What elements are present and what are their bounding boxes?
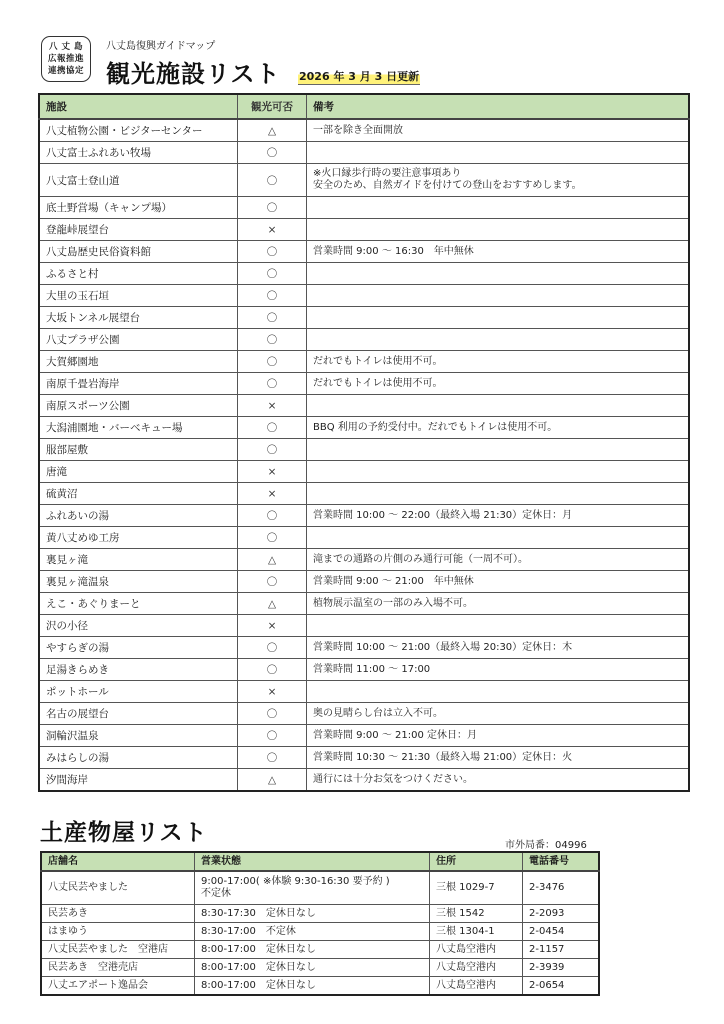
- facility-notes: [307, 219, 690, 241]
- table-header-row: 施設 観光可否 備考: [39, 94, 689, 119]
- table-row: えこ・あぐりまーと△植物展示温室の一部のみ入場不可。: [39, 593, 689, 615]
- updated-date: 2026 年 3 月 3 日更新: [298, 68, 420, 85]
- souvenir-section-title: 土産物屋リスト: [40, 814, 208, 847]
- table-row: 南原スポーツ公園×: [39, 395, 689, 417]
- access-status: 〇: [238, 417, 307, 439]
- facilities-table-body: 八丈植物公園・ビジターセンター△一部を除き全面開放八丈富士ふれあい牧場〇八丈富士…: [39, 119, 689, 791]
- shop-address: 三根 1029-7: [430, 871, 523, 905]
- shop-phone: 2-2093: [523, 905, 600, 923]
- facility-notes: [307, 263, 690, 285]
- shop-address: 八丈島空港内: [430, 977, 523, 996]
- access-status: ×: [238, 483, 307, 505]
- facility-name: 服部屋敷: [39, 439, 238, 461]
- table-row: 大里の玉石垣〇: [39, 285, 689, 307]
- shop-phone: 2-3939: [523, 959, 600, 977]
- access-status: 〇: [238, 439, 307, 461]
- facility-name: ふれあいの湯: [39, 505, 238, 527]
- facility-name: 唐滝: [39, 461, 238, 483]
- facility-notes: [307, 527, 690, 549]
- facility-name: 裏見ヶ滝: [39, 549, 238, 571]
- facility-notes: 営業時間 10:30 ～ 21:30（最終入場 21:00）定休日：火: [307, 747, 690, 769]
- access-status: △: [238, 549, 307, 571]
- facility-notes: 営業時間 9:00 ～ 21:00 定休日：月: [307, 725, 690, 747]
- access-status: 〇: [238, 747, 307, 769]
- table-row: 民芸あき8:30-17:30 定休日なし三根 15422-2093: [41, 905, 599, 923]
- shop-hours: 9:00-17:00( ※体験 9:30-16:30 要予約 )不定休: [195, 871, 430, 905]
- publicity-badge: 八 丈 島 広報推進 連携協定: [41, 36, 91, 82]
- facility-notes: [307, 439, 690, 461]
- facility-notes: 通行には十分お気をつけください。: [307, 769, 690, 792]
- access-status: 〇: [238, 703, 307, 725]
- table-row: 汐間海岸△通行には十分お気をつけください。: [39, 769, 689, 792]
- table-row: 八丈植物公園・ビジターセンター△一部を除き全面開放: [39, 119, 689, 142]
- facility-notes: 営業時間 11:00 ～ 17:00: [307, 659, 690, 681]
- facility-notes: 営業時間 9:00 ～ 21:00 年中無休: [307, 571, 690, 593]
- shop-name: 民芸あき 空港売店: [41, 959, 195, 977]
- access-status: 〇: [238, 571, 307, 593]
- table-row: 大賀郷園地〇だれでもトイレは使用不可。: [39, 351, 689, 373]
- shop-address: 八丈島空港内: [430, 941, 523, 959]
- facility-name: 足湯きらめき: [39, 659, 238, 681]
- table-row: 洞輪沢温泉〇営業時間 9:00 ～ 21:00 定休日：月: [39, 725, 689, 747]
- table-row: 八丈エアポート逸品会8:00-17:00 定休日なし八丈島空港内2-0654: [41, 977, 599, 996]
- table-row: 名古の展望台〇奥の見晴らし台は立入不可。: [39, 703, 689, 725]
- shop-name: 八丈民芸やました: [41, 871, 195, 905]
- facility-name: 大賀郷園地: [39, 351, 238, 373]
- facility-notes: 奥の見晴らし台は立入不可。: [307, 703, 690, 725]
- table-row: 裏見ヶ滝温泉〇営業時間 9:00 ～ 21:00 年中無休: [39, 571, 689, 593]
- access-status: 〇: [238, 637, 307, 659]
- table-row: 唐滝×: [39, 461, 689, 483]
- facility-name: 八丈富士ふれあい牧場: [39, 142, 238, 164]
- facility-notes: 営業時間 10:00 ～ 22:00（最終入場 21:30）定休日：月: [307, 505, 690, 527]
- facility-name: 名古の展望台: [39, 703, 238, 725]
- facility-name: 大坂トンネル展望台: [39, 307, 238, 329]
- access-status: 〇: [238, 659, 307, 681]
- column-header-phone: 電話番号: [523, 852, 600, 871]
- access-status: 〇: [238, 373, 307, 395]
- access-status: 〇: [238, 263, 307, 285]
- shop-name: 民芸あき: [41, 905, 195, 923]
- facility-name: ふるさと村: [39, 263, 238, 285]
- access-status: 〇: [238, 527, 307, 549]
- facility-notes: [307, 615, 690, 637]
- badge-line: 広報推進: [48, 53, 84, 65]
- facility-notes: ※火口縁歩行時の要注意事項あり安全のため、自然ガイドを付けての登山をおすすめしま…: [307, 164, 690, 197]
- facility-name: 大里の玉石垣: [39, 285, 238, 307]
- facility-name: 黄八丈めゆ工房: [39, 527, 238, 549]
- souvenir-table-body: 八丈民芸やました9:00-17:00( ※体験 9:30-16:30 要予約 )…: [41, 871, 599, 995]
- table-row: 硫黄沼×: [39, 483, 689, 505]
- column-header-address: 住所: [430, 852, 523, 871]
- shop-phone: 2-1157: [523, 941, 600, 959]
- access-status: ×: [238, 615, 307, 637]
- facility-notes: 植物展示温室の一部のみ入場不可。: [307, 593, 690, 615]
- table-row: 八丈富士登山道〇※火口縁歩行時の要注意事項あり安全のため、自然ガイドを付けての登…: [39, 164, 689, 197]
- access-status: 〇: [238, 505, 307, 527]
- table-row: 八丈民芸やました 空港店8:00-17:00 定休日なし八丈島空港内2-1157: [41, 941, 599, 959]
- area-code: 市外局番：04996: [505, 836, 587, 851]
- facility-name: 八丈プラザ公園: [39, 329, 238, 351]
- access-status: △: [238, 593, 307, 615]
- facility-notes: [307, 461, 690, 483]
- badge-line: 連携協定: [48, 65, 84, 77]
- table-row: ポットホール×: [39, 681, 689, 703]
- access-status: 〇: [238, 142, 307, 164]
- facility-name: 八丈島歴史民俗資料館: [39, 241, 238, 263]
- access-status: 〇: [238, 241, 307, 263]
- facility-name: 底土野営場（キャンプ場）: [39, 197, 238, 219]
- facility-notes: 一部を除き全面開放: [307, 119, 690, 142]
- shop-name: はまゆう: [41, 923, 195, 941]
- table-row: 八丈島歴史民俗資料館〇営業時間 9:00 ～ 16:30 年中無休: [39, 241, 689, 263]
- document-subtitle: 八丈島復興ガイドマップ: [106, 37, 215, 52]
- facility-notes: だれでもトイレは使用不可。: [307, 351, 690, 373]
- access-status: ×: [238, 461, 307, 483]
- access-status: △: [238, 769, 307, 792]
- shop-name: 八丈エアポート逸品会: [41, 977, 195, 996]
- shop-hours: 8:00-17:00 定休日なし: [195, 959, 430, 977]
- table-row: ふれあいの湯〇営業時間 10:00 ～ 22:00（最終入場 21:30）定休日…: [39, 505, 689, 527]
- column-header-status: 観光可否: [238, 94, 307, 119]
- column-header-hours: 営業状態: [195, 852, 430, 871]
- table-row: やすらぎの湯〇営業時間 10:00 ～ 21:00（最終入場 20:30）定休日…: [39, 637, 689, 659]
- shop-hours: 8:30-17:00 不定休: [195, 923, 430, 941]
- access-status: ×: [238, 219, 307, 241]
- facility-notes: 営業時間 9:00 ～ 16:30 年中無休: [307, 241, 690, 263]
- facility-notes: [307, 395, 690, 417]
- shop-phone: 2-0654: [523, 977, 600, 996]
- table-row: 民芸あき 空港売店8:00-17:00 定休日なし八丈島空港内2-3939: [41, 959, 599, 977]
- table-row: みはらしの湯〇営業時間 10:30 ～ 21:30（最終入場 21:00）定休日…: [39, 747, 689, 769]
- facility-notes: [307, 142, 690, 164]
- access-status: 〇: [238, 329, 307, 351]
- table-row: 八丈プラザ公園〇: [39, 329, 689, 351]
- facility-notes: [307, 197, 690, 219]
- shop-hours: 8:30-17:30 定休日なし: [195, 905, 430, 923]
- access-status: △: [238, 119, 307, 142]
- facility-name: 大潟浦園地・バーベキュー場: [39, 417, 238, 439]
- table-row: 大潟浦園地・バーベキュー場〇BBQ 利用の予約受付中。だれでもトイレは使用不可。: [39, 417, 689, 439]
- table-row: 沢の小径×: [39, 615, 689, 637]
- facility-name: 南原千畳岩海岸: [39, 373, 238, 395]
- column-header-notes: 備考: [307, 94, 690, 119]
- shop-address: 三根 1304-1: [430, 923, 523, 941]
- facility-name: 八丈富士登山道: [39, 164, 238, 197]
- facility-notes: [307, 307, 690, 329]
- access-status: 〇: [238, 725, 307, 747]
- facility-name: みはらしの湯: [39, 747, 238, 769]
- table-row: 八丈富士ふれあい牧場〇: [39, 142, 689, 164]
- access-status: 〇: [238, 307, 307, 329]
- table-row: ふるさと村〇: [39, 263, 689, 285]
- table-header-row: 店舗名 営業状態 住所 電話番号: [41, 852, 599, 871]
- facility-notes: だれでもトイレは使用不可。: [307, 373, 690, 395]
- facility-name: 汐間海岸: [39, 769, 238, 792]
- facility-name: ポットホール: [39, 681, 238, 703]
- badge-line: 八 丈 島: [49, 41, 83, 53]
- facility-name: やすらぎの湯: [39, 637, 238, 659]
- shop-address: 八丈島空港内: [430, 959, 523, 977]
- facility-name: 登龍峠展望台: [39, 219, 238, 241]
- table-row: 登龍峠展望台×: [39, 219, 689, 241]
- facility-name: 裏見ヶ滝温泉: [39, 571, 238, 593]
- facilities-table: 施設 観光可否 備考 八丈植物公園・ビジターセンター△一部を除き全面開放八丈富士…: [38, 93, 690, 792]
- facility-name: 硫黄沼: [39, 483, 238, 505]
- table-row: 大坂トンネル展望台〇: [39, 307, 689, 329]
- table-row: 底土野営場（キャンプ場）〇: [39, 197, 689, 219]
- column-header-facility: 施設: [39, 94, 238, 119]
- column-header-shop: 店舗名: [41, 852, 195, 871]
- table-row: 裏見ヶ滝△滝までの通路の片側のみ通行可能（一周不可）。: [39, 549, 689, 571]
- facility-notes: 滝までの通路の片側のみ通行可能（一周不可）。: [307, 549, 690, 571]
- shop-hours: 8:00-17:00 定休日なし: [195, 941, 430, 959]
- table-row: 南原千畳岩海岸〇だれでもトイレは使用不可。: [39, 373, 689, 395]
- facility-notes: [307, 483, 690, 505]
- facility-name: 南原スポーツ公園: [39, 395, 238, 417]
- facility-name: 沢の小径: [39, 615, 238, 637]
- facility-name: 洞輪沢温泉: [39, 725, 238, 747]
- souvenir-table: 店舗名 営業状態 住所 電話番号 八丈民芸やました9:00-17:00( ※体験…: [40, 851, 600, 996]
- access-status: ×: [238, 395, 307, 417]
- table-row: 八丈民芸やました9:00-17:00( ※体験 9:30-16:30 要予約 )…: [41, 871, 599, 905]
- shop-name: 八丈民芸やました 空港店: [41, 941, 195, 959]
- access-status: ×: [238, 681, 307, 703]
- access-status: 〇: [238, 285, 307, 307]
- facility-notes: BBQ 利用の予約受付中。だれでもトイレは使用不可。: [307, 417, 690, 439]
- shop-hours: 8:00-17:00 定休日なし: [195, 977, 430, 996]
- table-row: 黄八丈めゆ工房〇: [39, 527, 689, 549]
- facility-notes: [307, 285, 690, 307]
- access-status: 〇: [238, 164, 307, 197]
- facility-name: えこ・あぐりまーと: [39, 593, 238, 615]
- shop-phone: 2-3476: [523, 871, 600, 905]
- table-row: 服部屋敷〇: [39, 439, 689, 461]
- facility-notes: [307, 329, 690, 351]
- access-status: 〇: [238, 351, 307, 373]
- facility-name: 八丈植物公園・ビジターセンター: [39, 119, 238, 142]
- shop-phone: 2-0454: [523, 923, 600, 941]
- table-row: 足湯きらめき〇営業時間 11:00 ～ 17:00: [39, 659, 689, 681]
- facility-notes: 営業時間 10:00 ～ 21:00（最終入場 20:30）定休日：木: [307, 637, 690, 659]
- facility-notes: [307, 681, 690, 703]
- page-title: 観光施設リスト: [106, 54, 281, 89]
- shop-address: 三根 1542: [430, 905, 523, 923]
- access-status: 〇: [238, 197, 307, 219]
- table-row: はまゆう8:30-17:00 不定休三根 1304-12-0454: [41, 923, 599, 941]
